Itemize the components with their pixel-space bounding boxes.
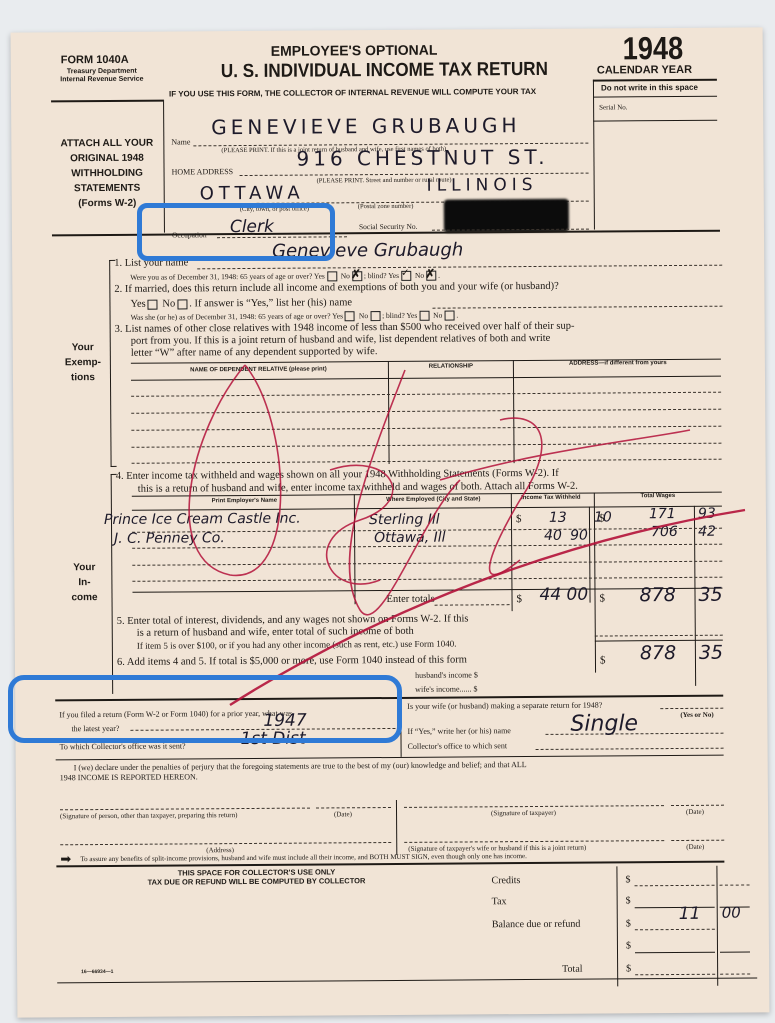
preparer-date-label: (Date): [334, 810, 352, 818]
dependent-row[interactable]: [131, 409, 721, 414]
form-number: FORM 1040A: [61, 54, 129, 66]
credits-cents-field[interactable]: [720, 884, 750, 885]
separate-return-question: Is your wife (or husband) making a separ…: [407, 701, 602, 711]
column-tax-withheld: Income Tax Withheld: [511, 495, 591, 502]
tax-withheld-dollars[interactable]: 40: [544, 528, 562, 544]
married-yes-checkbox[interactable]: [148, 299, 158, 309]
age-yes-checkbox[interactable]: [327, 272, 337, 282]
employer-name[interactable]: Prince Ice Cream Castle Inc.: [104, 511, 301, 528]
dependent-row[interactable]: [131, 426, 721, 431]
form-title-line-1: EMPLOYEE'S OPTIONAL: [271, 42, 438, 59]
spouse-age-yes-checkbox[interactable]: [345, 312, 355, 322]
married-no-checkbox[interactable]: [177, 299, 187, 309]
split-income-notice: To assure any benefits of split-income p…: [80, 852, 527, 863]
total-tax-cents[interactable]: 00: [566, 585, 588, 605]
column-total-wages: Total Wages: [594, 493, 722, 500]
total-dollars-field[interactable]: [635, 974, 715, 976]
taxpayer-signature-label: (Signature of taxpayer): [491, 809, 556, 817]
item-5-instructions: 5. Enter total of interest, dividends, a…: [117, 613, 469, 651]
form-subtitle: IF YOU USE THIS FORM, THE COLLECTOR OF I…: [169, 87, 536, 99]
employer-name[interactable]: J. C. Penney Co.: [114, 530, 225, 547]
form-title-line-2: U. S. INDIVIDUAL INCOME TAX RETURN: [221, 59, 548, 83]
column-where-employed: Where Employed (City and State): [356, 496, 511, 503]
dept-line-1: Treasury Department: [47, 68, 157, 76]
collector-office-sent-label: Collector's office to which sent: [408, 741, 508, 751]
item-4-instructions: 4. Enter income tax withheld and wages s…: [116, 467, 578, 496]
city-field[interactable]: OTTAWA: [200, 183, 305, 205]
total-cents-field[interactable]: [720, 973, 750, 974]
spouse-date-field[interactable]: [671, 840, 724, 841]
spouse-blind-no-checkbox[interactable]: [444, 311, 454, 321]
collector-heading: THIS SPACE FOR COLLECTOR'S USE ONLY TAX …: [106, 867, 406, 887]
item-6-instructions: 6. Add items 4 and 5. If total is $5,000…: [117, 654, 467, 667]
spouse-age-no-checkbox[interactable]: [370, 311, 380, 321]
item-5-amount[interactable]: [595, 635, 723, 637]
item-3-instructions: 3. List names of other close relatives w…: [115, 321, 575, 360]
do-not-write-label: Do not write in this space: [601, 83, 698, 93]
dependent-row[interactable]: [131, 443, 721, 448]
item-6-cents[interactable]: 35: [699, 642, 723, 664]
blank-dollars-field[interactable]: [635, 952, 715, 954]
calendar-year-label: CALENDAR YEAR: [597, 64, 692, 77]
balance-cents-field[interactable]: 00: [722, 904, 741, 922]
spouse-signature-field[interactable]: [404, 840, 664, 843]
credits-dollars-field[interactable]: [635, 885, 715, 887]
column-dependent-name: NAME OF DEPENDENT RELATIVE (please print…: [131, 366, 386, 374]
postal-hint: (Postal zone number): [358, 203, 414, 210]
taxpayer-date-field[interactable]: [671, 805, 724, 806]
yes-or-no-hint: (Yes or No): [680, 711, 713, 719]
tax-dollars-field[interactable]: [635, 907, 715, 909]
blank-cents-field[interactable]: [720, 951, 750, 952]
item-2-answer-row: Yes No. If answer is “Yes,” list her (hi…: [130, 297, 352, 310]
spouse-name-label: If “Yes,” write her (or his) name: [407, 726, 510, 736]
form-code: 16—66934—1: [81, 969, 113, 975]
home-address-field[interactable]: 916 CHESTNUT ST.: [296, 145, 548, 171]
dependent-row[interactable]: [131, 392, 721, 397]
tax-withheld-dollars[interactable]: 13: [549, 510, 567, 526]
spouse-blind-yes-checkbox[interactable]: [419, 311, 429, 321]
serial-no-label: Serial No.: [599, 103, 629, 111]
income-section-label: YourIn-come: [54, 560, 114, 605]
name-field[interactable]: GENEVIEVE GRUBAUGH: [211, 113, 520, 139]
wages-cents[interactable]: 93: [698, 506, 716, 522]
tax-year: 1948: [623, 30, 684, 67]
dependent-row[interactable]: [132, 459, 722, 464]
preparer-address-label: (Address): [206, 846, 234, 854]
blind-no-checkbox[interactable]: ✗: [426, 271, 436, 281]
dept-line-2: Internal Revenue Service: [47, 76, 157, 84]
occupation-highlight: [137, 203, 335, 261]
tax-form-paper: FORM 1040A Treasury Department Internal …: [11, 27, 770, 1017]
husband-income-field[interactable]: husband's income $: [415, 670, 478, 679]
preparer-signature-field[interactable]: [60, 808, 310, 811]
item-6-dollars[interactable]: 878: [640, 642, 676, 664]
total-tax-dollars[interactable]: 44: [539, 585, 561, 605]
column-employer: Print Employer's Name: [132, 497, 357, 505]
tax-withheld-cents[interactable]: 90: [570, 528, 588, 544]
preparer-address-field[interactable]: [60, 842, 391, 845]
where-employed[interactable]: Ottawa, Ill: [374, 530, 446, 546]
attach-note: ATTACH ALL YOURORIGINAL 1948WITHHOLDINGS…: [49, 136, 165, 212]
age-no-checkbox[interactable]: ✗: [352, 271, 362, 281]
where-employed[interactable]: Sterling Ill: [369, 512, 440, 528]
exemptions-section-label: YourExemp-tions: [53, 340, 113, 385]
spouse-date-label: (Date): [686, 843, 704, 851]
wages-dollars[interactable]: 706: [651, 524, 678, 540]
name-label: Name: [171, 137, 190, 146]
home-address-label: HOME ADDRESS: [172, 167, 234, 176]
column-address: ADDRESS—if different from yours: [515, 360, 721, 367]
enter-totals-label: Enter totals: [386, 594, 434, 605]
column-relationship: RELATIONSHIP: [391, 363, 511, 370]
item-2-question: 2. If married, does this return include …: [114, 281, 558, 295]
taxpayer-signature-field[interactable]: [404, 805, 664, 808]
taxpayer-date-label: (Date): [686, 808, 704, 816]
wages-cents[interactable]: 42: [698, 524, 716, 540]
ssn-label: Social Security No.: [359, 222, 418, 231]
prior-year-highlight: [8, 675, 402, 743]
preparer-date-field[interactable]: [316, 807, 391, 809]
wife-income-field[interactable]: wife's income...... $: [415, 684, 477, 693]
spouse-name-field[interactable]: Single: [570, 711, 638, 736]
total-wages-cents[interactable]: 35: [698, 584, 722, 606]
blind-yes-checkbox[interactable]: ✓: [401, 271, 411, 281]
balance-dollars-field[interactable]: 11: [679, 904, 701, 924]
declaration: I (we) declare under the penalties of pe…: [60, 759, 730, 784]
total-wages-dollars[interactable]: 878: [639, 584, 675, 606]
wages-dollars[interactable]: 171: [649, 506, 676, 522]
preparer-signature-label: (Signature of person, other than taxpaye…: [60, 811, 237, 820]
state-field[interactable]: ILLINOIS: [427, 175, 538, 196]
ssn-redaction: [444, 199, 569, 233]
